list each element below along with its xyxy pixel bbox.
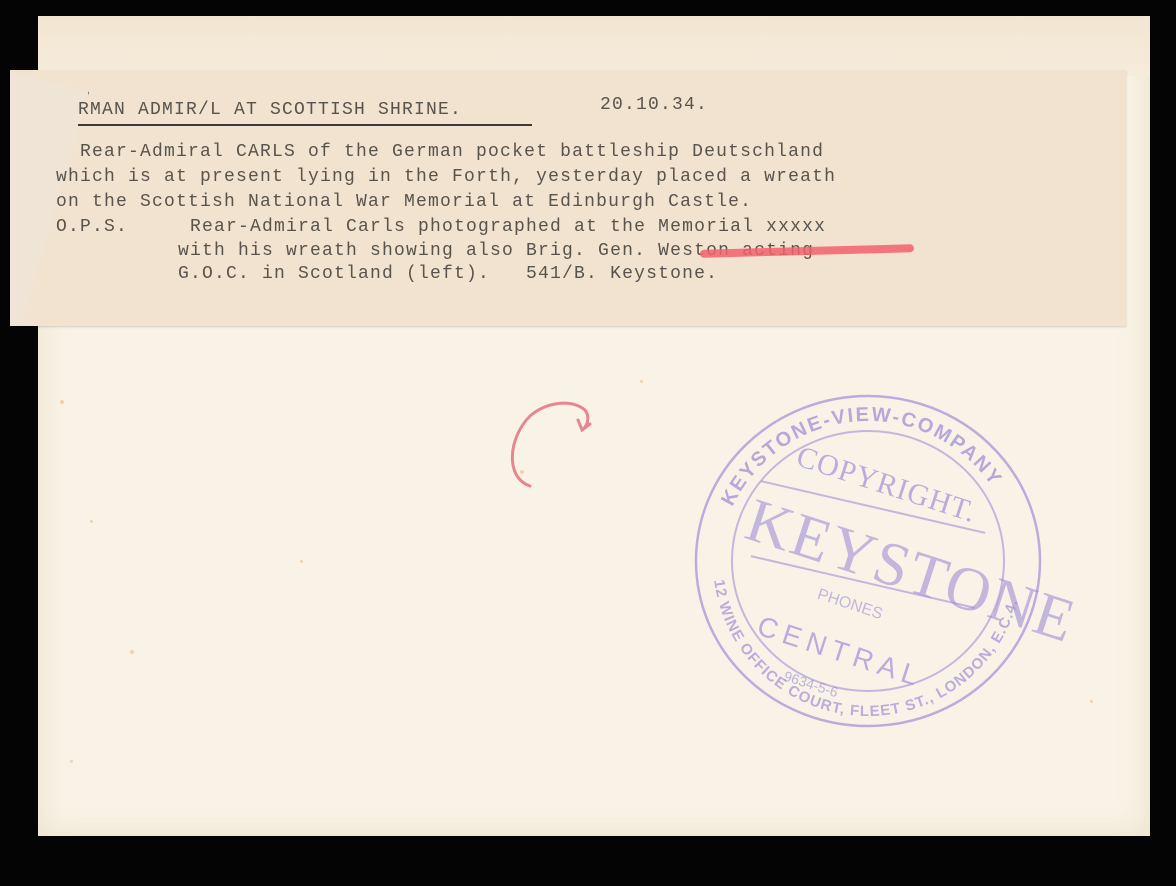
foxing-spot: [70, 760, 73, 763]
stamp-center: COPYRIGHT. KEYSTONE PHONES CENTRAL 9634-…: [688, 386, 1048, 736]
foxing-spot: [1090, 700, 1093, 703]
foxing-spot: [640, 380, 643, 383]
foxing-spot: [60, 400, 64, 404]
caption-date: 20.10.34.: [600, 95, 708, 115]
keystone-copyright-stamp: KEYSTONE-VIEW-COMPANY 12 WINE OFFICE COU…: [688, 386, 1048, 736]
foxing-spot: [300, 560, 303, 563]
caption-line-3: on the Scottish National War Memorial at…: [56, 192, 752, 212]
stamp-exchange: CENTRAL: [753, 610, 927, 694]
red-pencil-mark: [500, 398, 600, 493]
detail-line-1: Rear-Admiral Carls photographed at the M…: [190, 217, 826, 237]
caption-marker: O.P.S.: [56, 217, 128, 237]
caption-line-1: Rear-Admiral CARLS of the German pocket …: [80, 142, 824, 162]
foxing-spot: [130, 650, 134, 654]
caption-line-2: which is at present lying in the Forth, …: [56, 167, 836, 187]
detail-line-3: G.O.C. in Scotland (left). 541/B. Keysto…: [178, 264, 718, 284]
title-underline: [78, 124, 532, 126]
foxing-spot: [90, 520, 93, 523]
stamp-phone-numbers: 9634-5-6: [782, 668, 840, 701]
card-top-band: [38, 16, 1150, 76]
caption-title: RMAN ADMIR/L AT SCOTTISH SHRINE.: [78, 100, 462, 120]
